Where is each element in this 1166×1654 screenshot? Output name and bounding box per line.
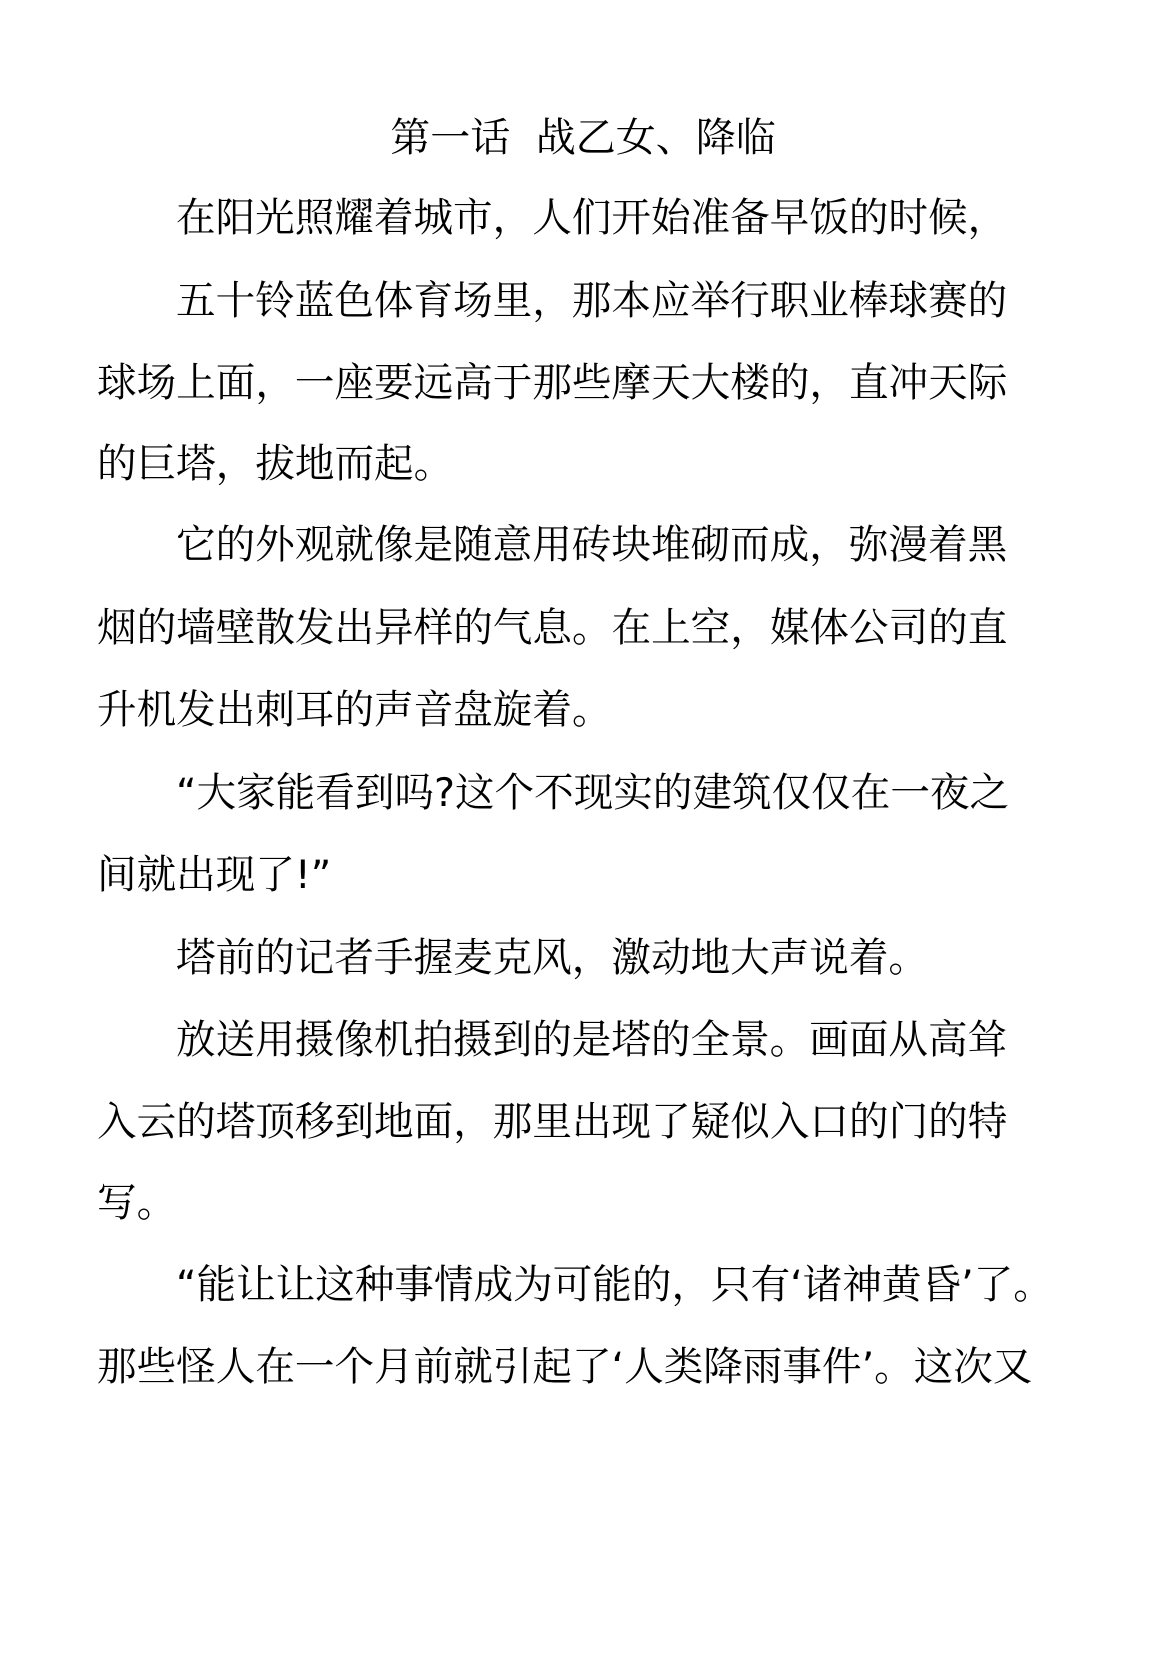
text-line: 它的外观就像是随意用砖块堆砌而成，弥漫着黑 — [176, 519, 1007, 571]
text-line: 的巨塔，拔地而起。 — [97, 438, 453, 490]
text-line: 五十铃蓝色体育场里，那本应举行职业棒球赛的 — [176, 275, 1007, 327]
text-line: 球场上面，一座要远高于那些摩天大楼的，直冲天际 — [97, 357, 1007, 409]
text-line: “能让让这种事情成为可能的，只有‘诸神黄昏’了。 — [176, 1259, 1053, 1311]
text-line: “大家能看到吗?这个不现实的建筑仅仅在一夜之 — [176, 767, 1009, 819]
chapter-title: 第一话 战乙女、降临 — [0, 110, 1166, 166]
text-line: 入云的塔顶移到地面，那里出现了疑似入口的门的特 — [97, 1096, 1007, 1148]
text-line: 间就出现了!” — [97, 849, 331, 901]
text-line: 升机发出刺耳的声音盘旋着。 — [97, 684, 612, 736]
text-line: 塔前的记者手握麦克风，激动地大声说着。 — [176, 932, 928, 984]
document-page: 第一话 战乙女、降临 在阳光照耀着城市，人们开始准备早饭的时候，五十铃蓝色体育场… — [0, 0, 1166, 1654]
text-line: 那些怪人在一个月前就引起了‘人类降雨事件’。这次又 — [97, 1341, 1032, 1393]
text-line: 在阳光照耀着城市，人们开始准备早饭的时候， — [176, 192, 1007, 244]
text-line: 写。 — [97, 1177, 176, 1229]
text-line: 烟的墙壁散发出异样的气息。在上空，媒体公司的直 — [97, 602, 1007, 654]
text-line: 放送用摄像机拍摄到的是塔的全景。画面从高耸 — [176, 1014, 1007, 1066]
